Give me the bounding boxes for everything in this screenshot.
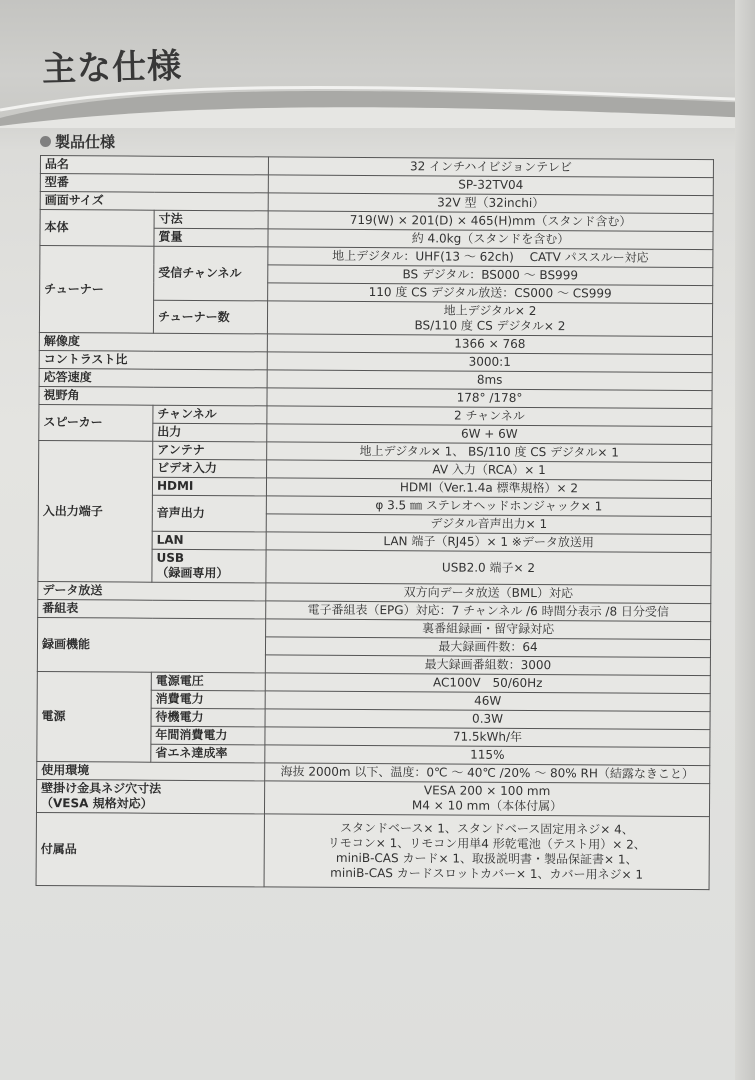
group-label: チューナー <box>39 246 154 334</box>
section-title: 製品仕様 <box>40 131 115 152</box>
row-label: 視野角 <box>39 386 267 405</box>
row-label: 画面サイズ <box>40 192 268 211</box>
table-row: 本体 寸法 719(W) × 201(D) × 465(H)mm（スタンド含む） <box>40 210 713 232</box>
row-label: ビデオ入力 <box>153 459 267 478</box>
row-value: 地上デジタル× 2 BS/110 度 CS デジタル× 2 <box>267 301 712 337</box>
row-label: 受信チャンネル <box>154 246 268 301</box>
row-value: USB2.0 端子× 2 <box>266 550 711 586</box>
table-row: 電源 電源電圧 AC100V 50/60Hz <box>37 671 710 693</box>
value-line: BS/110 度 CS デジタル× 2 <box>272 317 708 335</box>
row-label: 型番 <box>40 174 268 193</box>
row-label: USB （録画専用） <box>152 549 266 583</box>
row-label: 消費電力 <box>151 690 265 709</box>
row-label: 質量 <box>154 228 268 247</box>
group-label: 入出力端子 <box>38 440 153 582</box>
group-label: 電源 <box>37 671 152 762</box>
row-label: 寸法 <box>154 210 268 229</box>
row-label: 出力 <box>153 423 267 442</box>
row-label: 応答速度 <box>39 368 267 387</box>
group-label: 本体 <box>40 210 154 247</box>
row-label: チャンネル <box>153 405 267 424</box>
page-title: 主な仕様 <box>41 38 182 91</box>
row-label: 電源電圧 <box>151 672 265 691</box>
row-label: 待機電力 <box>151 708 265 727</box>
row-label: 壁掛け金具ネジ穴寸法 （VESA 規格対応） <box>36 779 264 813</box>
row-label: データ放送 <box>38 581 266 600</box>
row-label: 年間消費電力 <box>151 726 265 745</box>
row-value: スタンドベース× 1、スタンドベース固定用ネジ× 4、 リモコン× 1、リモコン… <box>264 814 709 890</box>
value-line: リモコン× 1、リモコン用単4 形乾電池（テスト用）× 2、 <box>269 835 705 853</box>
row-label: 録画機能 <box>37 617 265 672</box>
bullet-icon <box>40 136 51 147</box>
row-label: LAN <box>152 531 266 550</box>
group-label: スピーカー <box>39 404 153 441</box>
label-line: USB <box>156 551 261 567</box>
value-line: M4 × 10 mm（本体付属） <box>269 797 705 815</box>
spec-table: 品名 32 インチハイビジョンテレビ 型番 SP-32TV04 画面サイズ 32… <box>36 155 714 890</box>
label-line: （VESA 規格対応） <box>41 796 260 812</box>
row-label: アンテナ <box>153 441 267 460</box>
row-value: VESA 200 × 100 mm M4 × 10 mm（本体付属） <box>264 781 709 817</box>
row-label: チューナー数 <box>153 300 267 334</box>
table-row: 壁掛け金具ネジ穴寸法 （VESA 規格対応） VESA 200 × 100 mm… <box>36 779 709 816</box>
table-row: 録画機能 裏番組録画・留守録対応 <box>38 617 711 639</box>
table-row: スピーカー チャンネル 2 チャンネル <box>39 404 712 426</box>
row-label: 解像度 <box>39 332 267 351</box>
table-row: 付属品 スタンドベース× 1、スタンドベース固定用ネジ× 4、 リモコン× 1、… <box>36 812 709 889</box>
page-edge <box>735 0 755 1080</box>
value-line: miniB-CAS カードスロットカバー× 1、カバー用ネジ× 1 <box>269 865 705 883</box>
row-label: 音声出力 <box>152 495 266 532</box>
table-row: チューナー 受信チャンネル 地上デジタル：UHF(13 ～ 62ch) CATV… <box>40 246 713 268</box>
label-line: （録画専用） <box>156 566 261 582</box>
row-label: 使用環境 <box>37 761 265 780</box>
row-label: HDMI <box>152 477 266 496</box>
row-label: 省エネ達成率 <box>151 744 265 763</box>
table-row: 入出力端子 アンテナ 地上デジタル× 1、 BS/110 度 CS デジタル× … <box>39 440 712 462</box>
row-label: 品名 <box>40 156 268 175</box>
row-label: 番組表 <box>38 599 266 618</box>
row-label: コントラスト比 <box>39 350 267 369</box>
label-line: 壁掛け金具ネジ穴寸法 <box>41 781 260 797</box>
row-label: 付属品 <box>36 812 264 886</box>
section-title-text: 製品仕様 <box>55 131 115 152</box>
